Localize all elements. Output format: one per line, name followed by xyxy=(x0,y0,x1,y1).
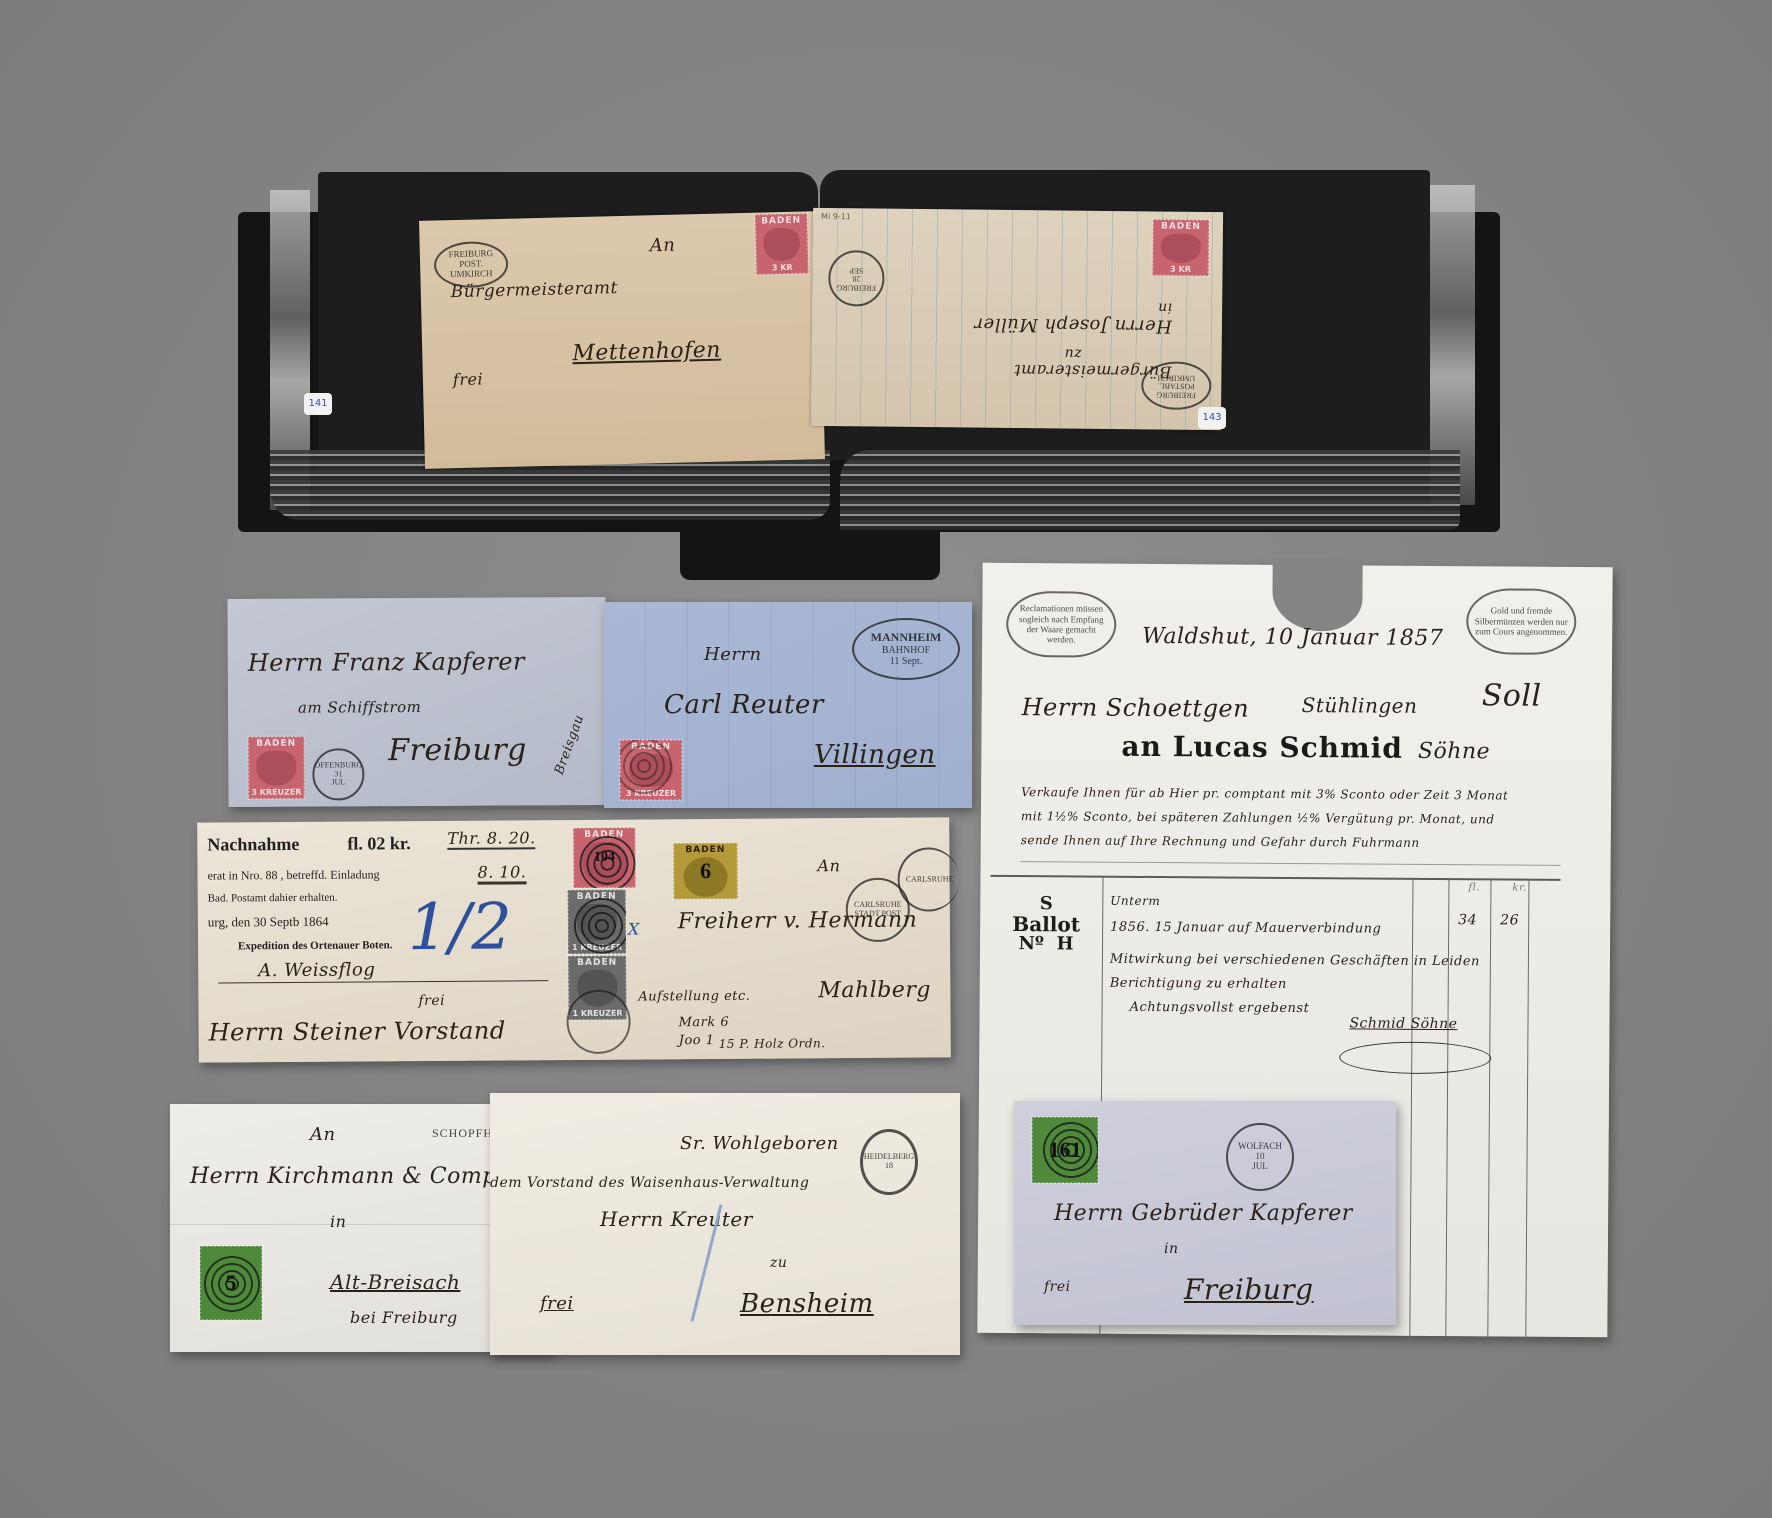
blue-pencil-mark: X xyxy=(628,920,640,939)
baden-stamp-green[interactable]: 5 xyxy=(200,1246,262,1320)
address-line: Freiburg xyxy=(1184,1273,1314,1306)
printed-line: urg, den 30 Septb 1864 xyxy=(208,914,329,931)
address-line: Herrn xyxy=(704,644,762,665)
address-line: in xyxy=(872,296,1172,315)
postmark-line: SEP xyxy=(850,265,864,274)
postmark-line: FREIBURG xyxy=(1156,390,1196,399)
column-header: kr. xyxy=(1512,883,1526,894)
address-line: zu xyxy=(770,1255,787,1271)
postmark-line: UMKIRCH xyxy=(450,269,493,280)
cover-kapferer-freiburg[interactable]: Herrn Franz Kapferer am Schiffstrom Frei… xyxy=(227,597,606,807)
coat-of-arms-icon xyxy=(763,228,800,262)
cover-nachnahme[interactable]: Nachnahme fl. 02 kr. erat in Nro. 88 , b… xyxy=(197,817,951,1062)
address-line: am Schiffstrom xyxy=(298,698,421,717)
stamp-country: BADEN xyxy=(685,845,725,855)
address-line: Aufstellung etc. xyxy=(638,989,750,1005)
stamp-album: FREIBURG POST. UMKIRCH BADEN 3 KR An Bür… xyxy=(240,160,1500,580)
cancel-number: 161 xyxy=(1049,1137,1082,1163)
stamp-country: BADEN xyxy=(256,739,296,749)
firm-name: an Lucas Schmid xyxy=(1121,730,1403,765)
lot-number-label: 143 xyxy=(1198,407,1226,429)
baden-stamp-yellow[interactable]: BADEN 6 xyxy=(673,843,737,899)
baden-stamp-green[interactable]: 161 xyxy=(1032,1117,1098,1183)
handwritten-note: 8. 10. xyxy=(477,862,526,884)
terms-line: Verkaufe Ihnen für ab Hier pr. comptant … xyxy=(1021,785,1508,802)
terms-line: mit 1½% Sconto, bei späteren Zahlungen ½… xyxy=(1021,809,1495,826)
stamp-value: 6 xyxy=(700,858,711,884)
handwritten-note: Thr. 8. 20. xyxy=(447,828,535,850)
baden-stamp-grey[interactable]: BADEN 1 KREUZER xyxy=(568,890,626,954)
signature: A. Weissflog xyxy=(258,959,375,981)
address-line: Herrn Kirchmann & Compie xyxy=(190,1164,518,1189)
round-postmark xyxy=(566,990,630,1054)
table-col-rule xyxy=(1409,878,1413,1338)
cancel-number: 104 xyxy=(594,850,615,866)
amount-gulden: 34 xyxy=(1458,912,1477,928)
baden-stamp-red[interactable]: BADEN 3 KREUZER xyxy=(620,740,682,800)
stamp-value: 3 KR xyxy=(772,263,793,273)
cartouche-gold-silber: Gold und fremde Silbermünzen werden nur … xyxy=(1466,588,1576,655)
address-line: An xyxy=(817,856,840,875)
postmark-line: POSTABL. xyxy=(1158,381,1195,390)
baden-stamp-red[interactable]: BADEN 3 KR xyxy=(755,213,808,274)
address-line: 15 P. Holz Ordn. xyxy=(719,1036,826,1051)
postmark-line: CARLSRUHE xyxy=(906,875,954,884)
table-col-rule xyxy=(1487,878,1491,1338)
upside-down-address: Bürgermeisteramt zu Herrn Joseph Müller … xyxy=(871,268,1172,381)
line-item: 1856. 15 Januar auf Mauerverbindung xyxy=(1110,920,1381,937)
numeral-cancel xyxy=(620,740,674,796)
column-header: fl. xyxy=(1468,882,1480,893)
address-line: frei xyxy=(1044,1279,1071,1295)
address-line: Alt-Breisach xyxy=(330,1270,460,1294)
address-line: Joo 1 xyxy=(679,1033,715,1048)
signature: Schmid Söhne xyxy=(1349,1015,1457,1032)
address-line: dem Vorstand des Waisenhaus-Verwaltung xyxy=(490,1175,809,1191)
handwritten-note: frei xyxy=(418,993,445,1009)
place-date: Waldshut, 10 Januar 1857 xyxy=(1142,624,1443,651)
address-line: An xyxy=(649,235,675,257)
address-line: frei xyxy=(540,1293,574,1314)
address-line: Bensheim xyxy=(740,1289,874,1319)
stamp-country: BADEN xyxy=(1161,222,1201,232)
address-line: Sr. Wohlgeboren xyxy=(680,1133,839,1154)
printed-line: Expedition des Ortenauer Boten. xyxy=(238,939,393,952)
cover-reuter[interactable]: MANNHEIM BAHNHOF 11 Sept. Herrn Carl Reu… xyxy=(604,602,972,808)
postmark-line: 11 Sept. xyxy=(890,656,922,667)
address-line: Freiherr v. Hermann xyxy=(678,908,918,935)
postmark-line: JUL xyxy=(1252,1162,1268,1172)
address-line: Herrn Kreuter xyxy=(600,1207,753,1231)
ballot-mark: H xyxy=(1056,933,1073,954)
album-cover-letter-left[interactable]: FREIBURG POST. UMKIRCH BADEN 3 KR An Bür… xyxy=(419,211,825,469)
line-item: Achtungsvollst ergebenst xyxy=(1130,1000,1310,1016)
printed-line: Bad. Postamt dahier erhalten. xyxy=(208,892,338,905)
round-postmark: HEIDELBERG 18 xyxy=(860,1129,918,1195)
blue-pencil-mark: 1/2 xyxy=(408,890,513,965)
line-item: Unterm xyxy=(1110,894,1160,908)
cover-gebrueder-kapferer[interactable]: 161 WOLFACH 10 JUL Herrn Gebrüder Kapfer… xyxy=(1014,1101,1396,1325)
terms-line: sende Ihnen auf Ihre Rechnung und Gefahr… xyxy=(1021,833,1420,850)
number-sign: Nº xyxy=(1018,933,1044,954)
postmark-line: BAHNHOF xyxy=(882,645,930,656)
firm-heading: an Lucas Schmid Söhne xyxy=(1121,730,1490,766)
address-line: Herrn Franz Kapferer xyxy=(248,647,525,676)
divider-line xyxy=(1021,861,1561,866)
line-item: Berichtigung zu erhalten xyxy=(1110,976,1287,992)
soll-label: Soll xyxy=(1482,678,1542,713)
address-line: Bürgermeisteramt xyxy=(871,359,1171,381)
address-line: Herrn Joseph Müller xyxy=(872,312,1172,336)
stamp-country: BADEN xyxy=(761,216,801,227)
address-line: bei Freiburg xyxy=(350,1308,458,1327)
address-line: An xyxy=(310,1124,336,1145)
address-line: zu xyxy=(872,343,1082,361)
printed-line: erat in Nro. 88 , betreffd. Einladung xyxy=(207,867,379,883)
line-item: Mitwirkung bei verschiedenen Geschäften … xyxy=(1110,952,1480,970)
address-line: Mark 6 xyxy=(679,1015,730,1030)
numeral-cancel xyxy=(574,898,626,954)
round-postmark: WOLFACH 10 JUL xyxy=(1226,1123,1294,1191)
address-line: Carl Reuter xyxy=(664,690,824,720)
coat-of-arms-icon xyxy=(1161,234,1200,263)
address-line: Mettenhofen xyxy=(572,338,721,367)
baden-stamp-red[interactable]: BADEN 104 xyxy=(573,828,635,888)
address-line: Herrn Steiner Vorstand xyxy=(209,1016,506,1046)
pencil-note: Mi 9-11 xyxy=(821,212,851,221)
torn-corner xyxy=(1272,559,1363,632)
address-line: in xyxy=(1164,1241,1179,1257)
table-col-rule xyxy=(1445,878,1449,1338)
postmark-line: FREIBURG xyxy=(836,283,876,292)
address-line: Breisgau xyxy=(552,713,587,777)
cartouche-reclamationen: Reclamationen müssen sogleich nach Empfa… xyxy=(1006,591,1116,658)
album-cover-letter-right[interactable]: Mi 9-11 FREIBURG 28 SEP FREIBURG POSTABL… xyxy=(811,208,1223,430)
address-line: frei xyxy=(453,369,484,389)
ballot-word: Ballot xyxy=(996,914,1096,936)
postmark-line: JUL xyxy=(332,779,346,788)
round-postmark: CARLSRUHE xyxy=(897,847,959,911)
table-top-rule xyxy=(991,875,1561,881)
cover-bensheim[interactable]: HEIDELBERG 18 Sr. Wohlgeboren dem Vorsta… xyxy=(490,1093,960,1355)
address-line: Bürgermeisteramt xyxy=(451,278,619,302)
recipient-name: Herrn Schoettgen xyxy=(1022,693,1250,723)
lot-number-label: 141 xyxy=(304,393,332,415)
printed-line: fl. 02 kr. xyxy=(347,833,410,854)
stamp-country: BADEN xyxy=(577,958,617,968)
recipient-place: Stühlingen xyxy=(1302,693,1418,718)
album-page-stack-right xyxy=(840,450,1460,530)
table-col-rule xyxy=(1525,879,1529,1339)
amount-kreuzer: 26 xyxy=(1500,912,1519,928)
postmark-line: 18 xyxy=(885,1162,893,1171)
ballot-number: S Ballot Nº H xyxy=(996,895,1096,954)
postmark-line: 28 xyxy=(852,274,860,283)
baden-stamp-red[interactable]: BADEN 3 KREUZER xyxy=(248,737,304,799)
oval-postmark: MANNHEIM BAHNHOF 11 Sept. xyxy=(852,618,960,680)
address-line: Herrn Gebrüder Kapferer xyxy=(1054,1201,1353,1226)
postmark-line: MANNHEIM xyxy=(871,631,942,644)
cancel-number: 5 xyxy=(226,1270,237,1296)
address-line: Mahlberg xyxy=(818,978,931,1004)
address-line: Freiburg xyxy=(388,732,527,768)
stamp-value: 3 KR xyxy=(1170,265,1191,274)
coat-of-arms-icon xyxy=(257,751,296,786)
address-line: in xyxy=(330,1212,346,1231)
signature-flourish xyxy=(1339,1041,1491,1074)
firm-suffix: Söhne xyxy=(1418,739,1490,765)
round-postmark: OFFENBURG 31 JUL xyxy=(312,748,364,800)
printed-line: Nachnahme xyxy=(207,834,299,856)
stamp-value: 3 KREUZER xyxy=(251,788,301,797)
baden-stamp-red[interactable]: BADEN 3 KR xyxy=(1152,219,1209,276)
address-line: Villingen xyxy=(814,740,936,770)
